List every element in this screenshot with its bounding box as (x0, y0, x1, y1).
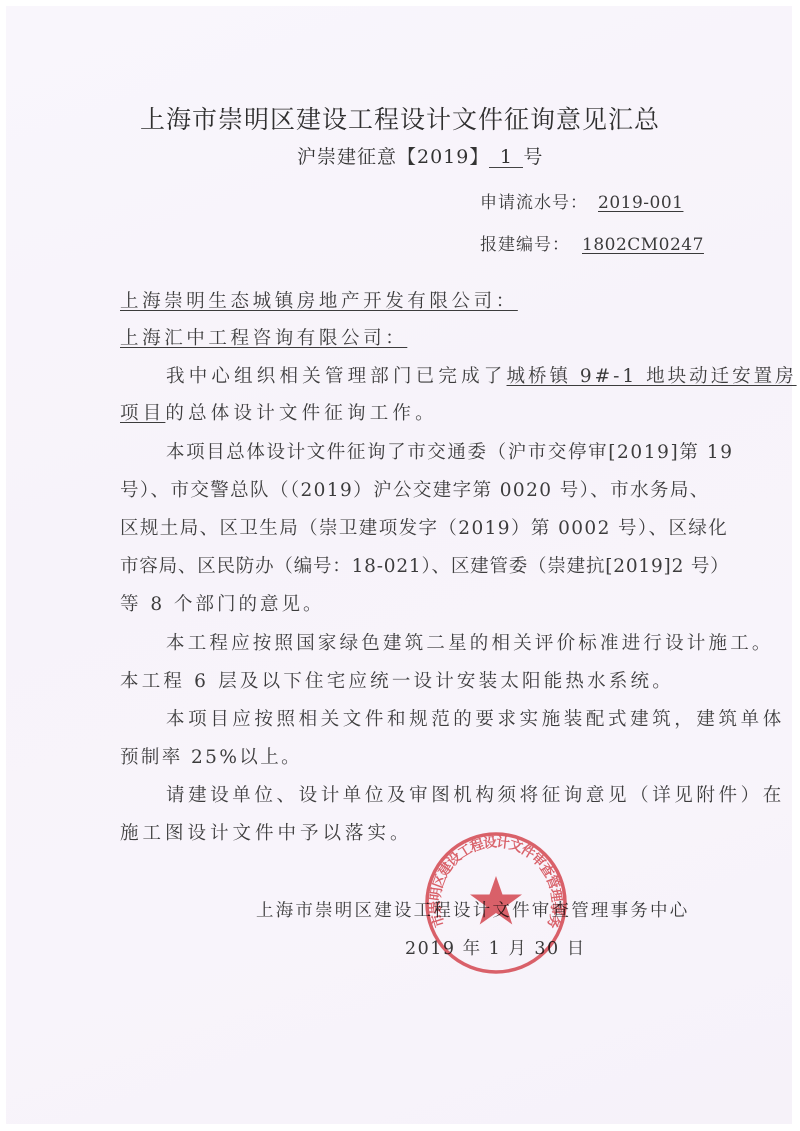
recipient-2: 上海汇中工程咨询有限公司： (120, 328, 407, 350)
seal-inscription: 上海市崇明区建设工程设计文件审查管理事务中心 (423, 830, 565, 931)
document-number-prefix: 沪崇建征意【2019】 (297, 146, 489, 168)
permit-number-value: 1802CM0247 (582, 235, 704, 255)
paragraph-5-line-2: 施工图设计文件中予以落实。 (120, 823, 413, 845)
paragraph-2-line-3: 区规土局、区卫生局（崇卫建项发字（2019）第 0002 号）、区绿化 (120, 518, 728, 540)
paragraph-2-line-2: 号）、市交警总队（（2019）沪公交建字第 0020 号）、市水务局、 (120, 480, 710, 502)
paragraph-3-line-2: 本工程 6 层及以下住宅应统一设计安装太阳能热水系统。 (120, 671, 674, 693)
document-title: 上海市崇明区建设工程设计文件征询意见汇总 (0, 100, 800, 136)
paragraph-5-line-1: 请建设单位、设计单位及审图机构须将征询意见（详见附件）在 (166, 785, 785, 807)
paragraph-2-line-1: 本项目总体设计文件征询了市交通委（沪市交停审[2019]第 19 (166, 442, 734, 464)
permit-number-label: 报建编号： (480, 235, 570, 255)
paragraph-2-line-4: 市容局、区民防办（编号：18-021）、区建管委（崇建抗[2019]2 号） (120, 556, 729, 578)
paragraph-1-text-cont: 的总体设计文件征询工作。 (165, 403, 437, 424)
project-name-cont: 项目 (120, 403, 165, 424)
paragraph-1-line-2: 项目的总体设计文件征询工作。 (120, 403, 438, 425)
project-name: 城桥镇 9#-1 地块动迁安置房 (507, 366, 797, 387)
paragraph-2-line-5: 等 8 个部门的意见。 (120, 594, 325, 616)
paragraph-4-line-2: 预制率 25%以上。 (120, 747, 302, 769)
recipient-1: 上海崇明生态城镇房地产开发有限公司： (120, 291, 518, 313)
application-serial-row: 申请流水号：2019-001 (480, 188, 683, 213)
document-number-value: 1 (489, 147, 523, 168)
application-serial-value: 2019-001 (598, 193, 683, 213)
star-icon (470, 876, 522, 925)
paragraph-4-line-1: 本项目应按照相关文件和规范的要求实施装配式建筑，建筑单体 (166, 709, 785, 731)
paragraph-3-line-1: 本工程应按照国家绿色建筑二星的相关评价标准进行设计施工。 (166, 633, 774, 655)
paragraph-1-line-1: 我中心组织相关管理部门已完成了城桥镇 9#-1 地块动迁安置房 (166, 366, 797, 388)
paragraph-1-text: 我中心组织相关管理部门已完成了 (166, 366, 507, 387)
permit-number-row: 报建编号：1802CM0247 (480, 230, 704, 255)
official-seal: 上海市崇明区建设工程设计文件审查管理事务中心 (423, 830, 569, 976)
seal-graphic: 上海市崇明区建设工程设计文件审查管理事务中心 (423, 830, 569, 976)
document-number-suffix: 号 (523, 146, 543, 168)
document-number: 沪崇建征意【2019】1号 (297, 142, 543, 169)
application-serial-label: 申请流水号： (480, 193, 588, 213)
